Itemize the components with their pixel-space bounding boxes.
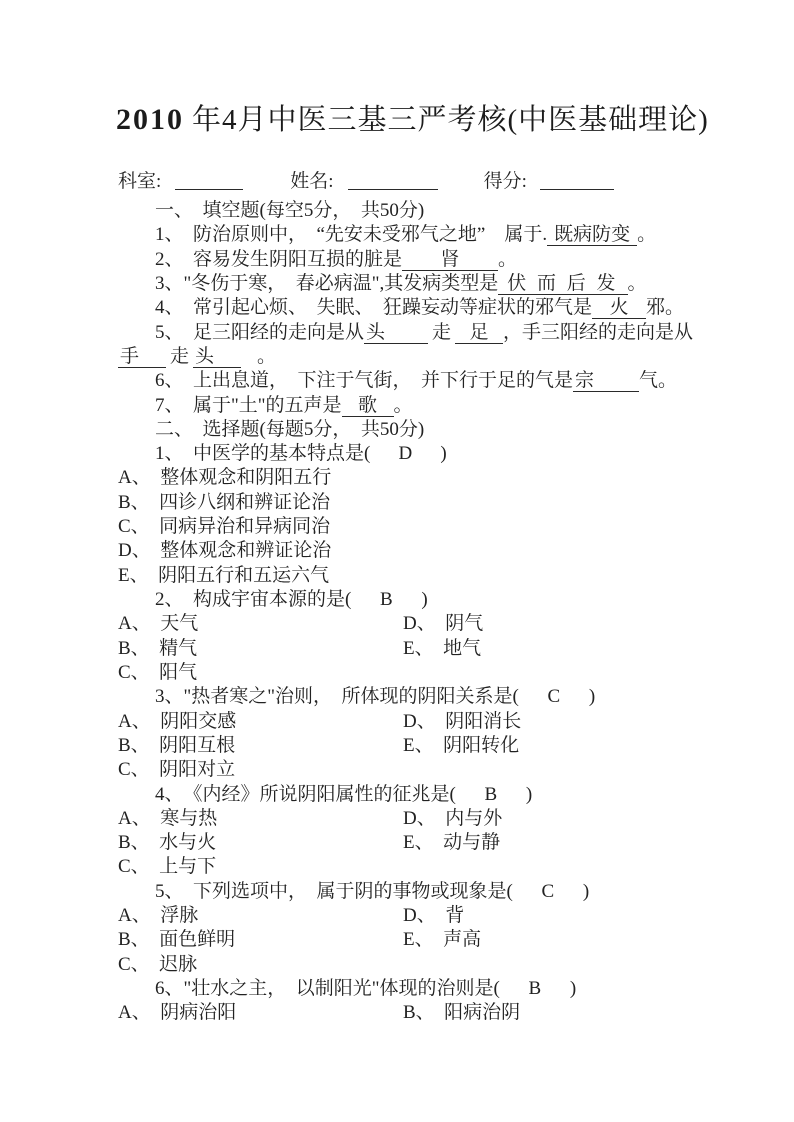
- choice-q6-row-1: A、 阴病治阳B、 阳病治阴: [118, 1001, 678, 1025]
- choice-q5-option-b: B、 面色鲜明: [118, 929, 235, 950]
- fill-q5-mid-text: 走: [432, 322, 451, 343]
- choice-q6-option-a: A、 阴病治阳: [118, 1002, 236, 1023]
- choice-q5-stem: 5、 下列选项中， 属于阴的事物或现象是(C): [118, 880, 678, 904]
- page-title: 2010年4月中医三基三严考核(中医基础理论): [116, 97, 709, 138]
- choice-q4-option-b: B、 水与火: [118, 832, 216, 853]
- choice-q5-answer-letter: C: [513, 880, 583, 904]
- choice-q5-option-a: A、 浮脉: [118, 905, 198, 926]
- choice-q6-option-b: B、 阳病治阴: [403, 1001, 520, 1025]
- choice-q3-option-d: D、 阴阳消长: [403, 710, 521, 734]
- choice-q3-answer-letter: C: [519, 685, 589, 709]
- choice-q2-option-d: D、 阴气: [403, 612, 483, 636]
- choice-q5-row-1: A、 浮脉D、 背: [118, 904, 678, 928]
- choice-q2-answer-letter: B: [351, 588, 421, 612]
- fill-q1-post: 。: [637, 224, 656, 245]
- fill-q3-post: 。: [628, 273, 647, 294]
- choice-q1-option-a: A、 整体观念和阴阳五行: [118, 466, 678, 490]
- fill-q5-answer-blank-2: 足: [455, 322, 503, 344]
- fill-q7-line: 7、 属于"土"的五声是歌。: [118, 394, 678, 418]
- choice-q2-stem-text: 2、 构成宇宙本源的是(: [155, 589, 351, 610]
- fill-q4-line: 4、 常引起心烦、 失眠、 狂躁妄动等症状的邪气是火邪。: [118, 296, 678, 320]
- fill-q5-answer-blank-4: 头: [193, 346, 241, 368]
- choice-q4-row-1: A、 寒与热D、 内与外: [118, 807, 678, 831]
- fill-q2-post: 。: [498, 249, 517, 270]
- dept-label: 科室:: [118, 171, 161, 192]
- name-label: 姓名:: [290, 171, 333, 192]
- choice-q4-stem-text: 4、 《内经》所说阴阳属性的征兆是(: [155, 784, 456, 805]
- choice-q2-option-e: E、 地气: [403, 637, 481, 661]
- score-label: 得分:: [484, 171, 527, 192]
- choice-q3-stem: 3、"热者寒之"治则， 所体现的阴阳关系是(C): [118, 685, 678, 709]
- fill-q2-line: 2、 容易发生阴阳互损的脏是肾。: [118, 248, 678, 272]
- choice-q6-close-paren: ): [570, 978, 576, 999]
- choice-q4-option-e: E、 动与静: [403, 831, 500, 855]
- choice-q6-stem: 6、"壮水之主， 以制阳光"体现的治则是(B): [118, 977, 678, 1001]
- title-text: 年4月中医三基三严考核(中医基础理论): [192, 104, 709, 136]
- score-blank-line[interactable]: [540, 174, 614, 190]
- choice-q5-row-3: C、 迟脉: [118, 953, 678, 977]
- fill-q5-mid-text-2: 走: [170, 346, 189, 367]
- exam-document-page: 2010年4月中医三基三严考核(中医基础理论) 科室:姓名:得分: 一、 填空题…: [0, 0, 794, 1122]
- fill-q3-pre: 3、"冬伤于寒， 春必病温",其发病类型是: [155, 273, 498, 294]
- choice-q4-row-3: C、 上与下: [118, 855, 678, 879]
- fill-q4-pre: 4、 常引起心烦、 失眠、 狂躁妄动等症状的邪气是: [155, 297, 592, 318]
- choice-section-heading: 二、 选择题(每题5分， 共50分): [118, 418, 678, 442]
- choice-q4-close-paren: ): [526, 784, 532, 805]
- fill-q3-answer-blank: 伏 而 后 发: [498, 273, 627, 295]
- choice-q2-option-a: A、 天气: [118, 613, 198, 634]
- choice-q3-row-1: A、 阴阳交感D、 阴阳消长: [118, 710, 678, 734]
- fill-q6-line: 6、 上出息道， 下注于气街， 并下行于足的气是宗气。: [118, 369, 678, 393]
- choice-q4-row-2: B、 水与火E、 动与静: [118, 831, 678, 855]
- choice-q3-close-paren: ): [589, 686, 595, 707]
- fill-q7-answer-blank: 歌: [342, 395, 394, 417]
- choice-q6-answer-letter: B: [500, 977, 570, 1001]
- choice-q3-option-c: C、 阴阳对立: [118, 759, 235, 780]
- choice-q5-option-d: D、 背: [403, 904, 464, 928]
- choice-q2-row-2: B、 精气E、 地气: [118, 637, 678, 661]
- choice-q5-option-c: C、 迟脉: [118, 954, 197, 975]
- name-blank-line[interactable]: [348, 174, 438, 190]
- choice-q4-stem: 4、 《内经》所说阴阳属性的征兆是(B): [118, 783, 678, 807]
- fill-q6-pre: 6、 上出息道， 下注于气街， 并下行于足的气是: [155, 370, 573, 391]
- fill-q6-post: 气。: [639, 370, 677, 391]
- choice-q3-option-a: A、 阴阳交感: [118, 711, 236, 732]
- choice-q1-stem-text: 1、 中医学的基本特点是(: [155, 443, 370, 464]
- fill-q5-pre: 5、 足三阳经的走向是从: [155, 322, 364, 343]
- fill-q5-line-2: 手走头。: [118, 345, 678, 369]
- choice-q1-option-d: D、 整体观念和辨证论治: [118, 539, 678, 563]
- fill-q5-answer-blank-1: 头: [364, 322, 428, 344]
- choice-q1-option-c: C、 同病异治和异病同治: [118, 515, 678, 539]
- choice-q2-stem: 2、 构成宇宙本源的是(B): [118, 588, 678, 612]
- choice-q2-option-b: B、 精气: [118, 638, 197, 659]
- dept-blank-line[interactable]: [175, 174, 243, 190]
- choice-q4-answer-letter: B: [456, 783, 526, 807]
- fill-q4-answer-blank: 火: [592, 297, 646, 319]
- title-year: 2010: [116, 103, 184, 136]
- choice-q5-stem-text: 5、 下列选项中， 属于阴的事物或现象是(: [155, 881, 513, 902]
- fill-q5-period: 。: [257, 346, 276, 367]
- choice-q5-close-paren: ): [583, 881, 589, 902]
- choice-q6-stem-text: 6、"壮水之主， 以制阳光"体现的治则是(: [155, 978, 500, 999]
- choice-q3-option-e: E、 阴阳转化: [403, 734, 519, 758]
- fill-q3-line: 3、"冬伤于寒， 春必病温",其发病类型是伏 而 后 发。: [118, 272, 678, 296]
- choice-q2-row-1: A、 天气D、 阴气: [118, 612, 678, 636]
- choice-q2-row-3: C、 阳气: [118, 661, 678, 685]
- choice-q5-option-e: E、 声高: [403, 928, 481, 952]
- fill-q5-answer-blank-3: 手: [118, 346, 166, 368]
- choice-q4-option-d: D、 内与外: [403, 807, 502, 831]
- fill-q5-line-1: 5、 足三阳经的走向是从头走足，手三阳经的走向是从: [118, 321, 678, 345]
- choice-q4-option-a: A、 寒与热: [118, 808, 217, 829]
- fill-q6-answer-blank: 宗: [573, 370, 639, 392]
- choice-q3-row-3: C、 阴阳对立: [118, 758, 678, 782]
- fill-section-heading: 一、 填空题(每空5分， 共50分): [118, 199, 678, 223]
- choice-q3-option-b: B、 阴阳互根: [118, 735, 235, 756]
- choice-q3-stem-text: 3、"热者寒之"治则， 所体现的阴阳关系是(: [155, 686, 519, 707]
- fill-q4-post: 邪。: [646, 297, 684, 318]
- choice-q1-answer-letter: D: [370, 442, 440, 466]
- choice-q5-row-2: B、 面色鲜明E、 声高: [118, 928, 678, 952]
- choice-q1-option-b: B、 四诊八纲和辨证论治: [118, 491, 678, 515]
- fill-q5-post: ，手三阳经的走向是从: [503, 322, 693, 343]
- fill-q1-line: 1、 防治原则中， “先安未受邪气之地” 属于.既病防变。: [118, 223, 678, 247]
- fill-q1-answer-blank: 既病防变: [547, 224, 637, 246]
- choice-q3-row-2: B、 阴阳互根E、 阴阳转化: [118, 734, 678, 758]
- choice-q1-close-paren: ): [440, 443, 446, 464]
- choice-q2-close-paren: ): [421, 589, 427, 610]
- fill-q2-answer-blank: 肾: [402, 249, 498, 271]
- fill-q7-post: 。: [394, 395, 413, 416]
- header-fields: 科室:姓名:得分:: [118, 166, 614, 193]
- choice-q1-stem: 1、 中医学的基本特点是(D): [118, 442, 678, 466]
- fill-q2-pre: 2、 容易发生阴阳互损的脏是: [155, 249, 402, 270]
- choice-q1-option-e: E、 阴阳五行和五运六气: [118, 564, 678, 588]
- choice-q2-option-c: C、 阳气: [118, 662, 197, 683]
- fill-q7-pre: 7、 属于"土"的五声是: [155, 395, 342, 416]
- choice-q4-option-c: C、 上与下: [118, 856, 216, 877]
- document-body: 一、 填空题(每空5分， 共50分) 1、 防治原则中， “先安未受邪气之地” …: [118, 199, 678, 1026]
- fill-q1-pre: 1、 防治原则中， “先安未受邪气之地” 属于.: [155, 224, 547, 245]
